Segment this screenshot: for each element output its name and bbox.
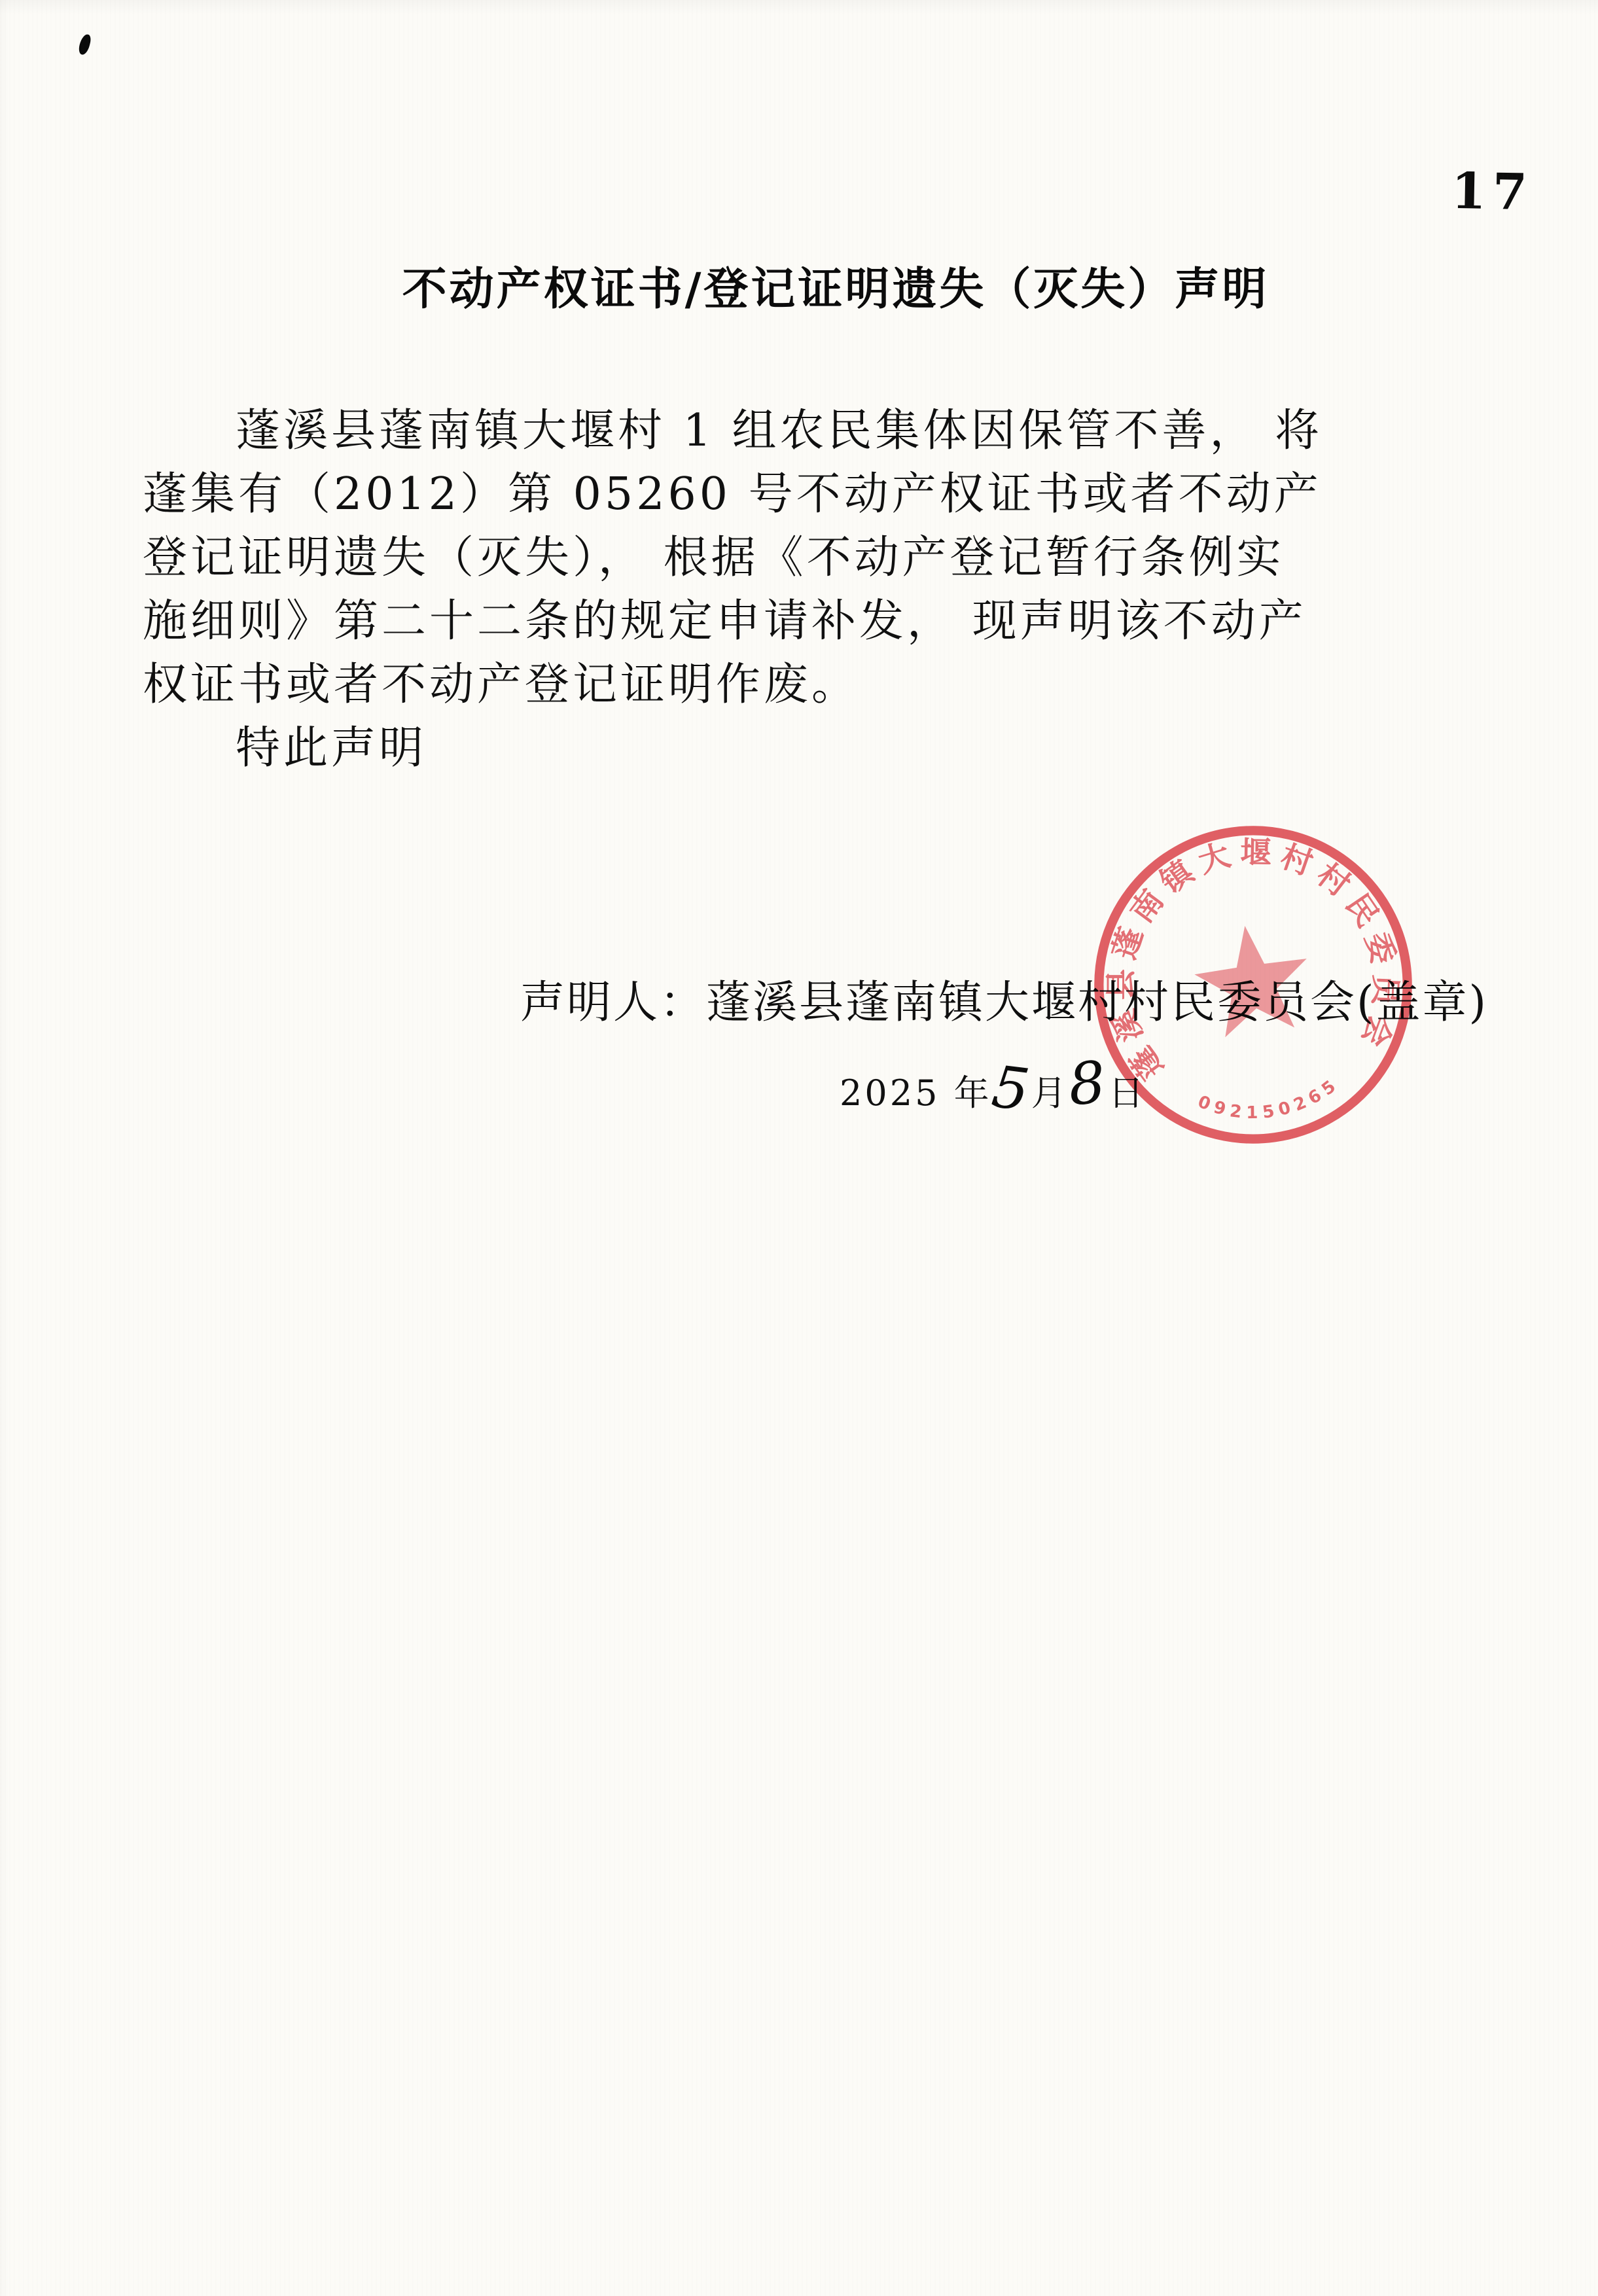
closing-statement-line: 特此声明 (143, 716, 1451, 780)
body-line: 登记证明遗失（灭失）， 根据《不动产登记暂行条例实 (143, 526, 1451, 590)
handwritten-month: 5 (989, 1061, 1034, 1117)
body-line: 权证书或者不动产登记证明作废。 (143, 653, 1451, 716)
body-line: 施细则》第二十二条的规定申请补发， 现声明该不动产 (143, 590, 1451, 653)
body-line: 蓬集有（2012）第 05260 号不动产权证书或者不动产 (143, 463, 1451, 526)
ink-speck (77, 33, 92, 56)
declaration-paragraph: 蓬溪县蓬南镇大堰村 1 组农民集体因保管不善， 将 蓬集有（2012）第 052… (143, 399, 1451, 780)
date-year: 2025 年 (840, 1065, 992, 1116)
page-number: 17 (1451, 162, 1534, 221)
document-title: 不动产权证书/登记证明遗失（灭失）声明 (37, 254, 1598, 317)
date-month-unit: 月 (1031, 1065, 1069, 1116)
scanned-document-page: 17 不动产权证书/登记证明遗失（灭失）声明 蓬溪县蓬南镇大堰村 1 组农民集体… (0, 0, 1598, 2296)
body-line: 蓬溪县蓬南镇大堰村 1 组农民集体因保管不善， 将 (143, 399, 1451, 463)
seal-star-icon (1189, 918, 1316, 1040)
official-seal: 蓬溪县蓬南镇大堰村村民委员会 5109215026520 (1066, 798, 1440, 1171)
